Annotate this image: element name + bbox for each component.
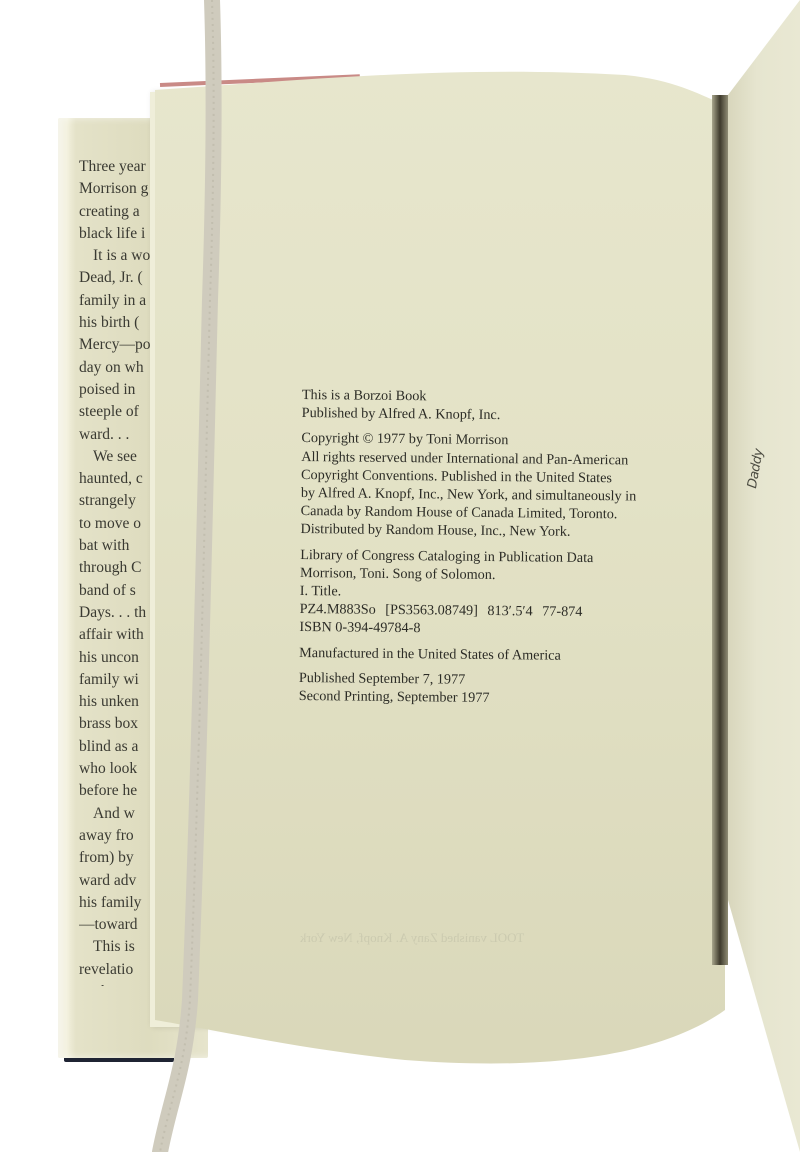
printing-line: Second Printing, September 1977 <box>299 687 679 709</box>
rights-line: Distributed by Random House, Inc., New Y… <box>300 520 680 542</box>
cip-block: Library of Congress Cataloging in Public… <box>299 546 680 641</box>
facing-page <box>728 0 800 1152</box>
imprint-line: Published by Alfred A. Knopf, Inc. <box>302 404 682 426</box>
imprint-block: This is a Borzoi Book Published by Alfre… <box>302 386 682 426</box>
copyright-text-block: This is a Borzoi Book Published by Alfre… <box>299 386 682 716</box>
manufactured-line: Manufactured in the United States of Ame… <box>299 644 679 666</box>
show-through-text: TOOL vanished Zany A. Knopf, New York <box>300 930 524 946</box>
rights-block: Copyright © 1977 by Toni Morrison All ri… <box>300 429 681 542</box>
printing-block: Published September 7, 1977 Second Print… <box>299 669 679 709</box>
manufactured-block: Manufactured in the United States of Ame… <box>299 644 679 666</box>
isbn-line: ISBN 0-394-49784-8 <box>299 618 679 640</box>
book-gutter <box>712 95 728 965</box>
